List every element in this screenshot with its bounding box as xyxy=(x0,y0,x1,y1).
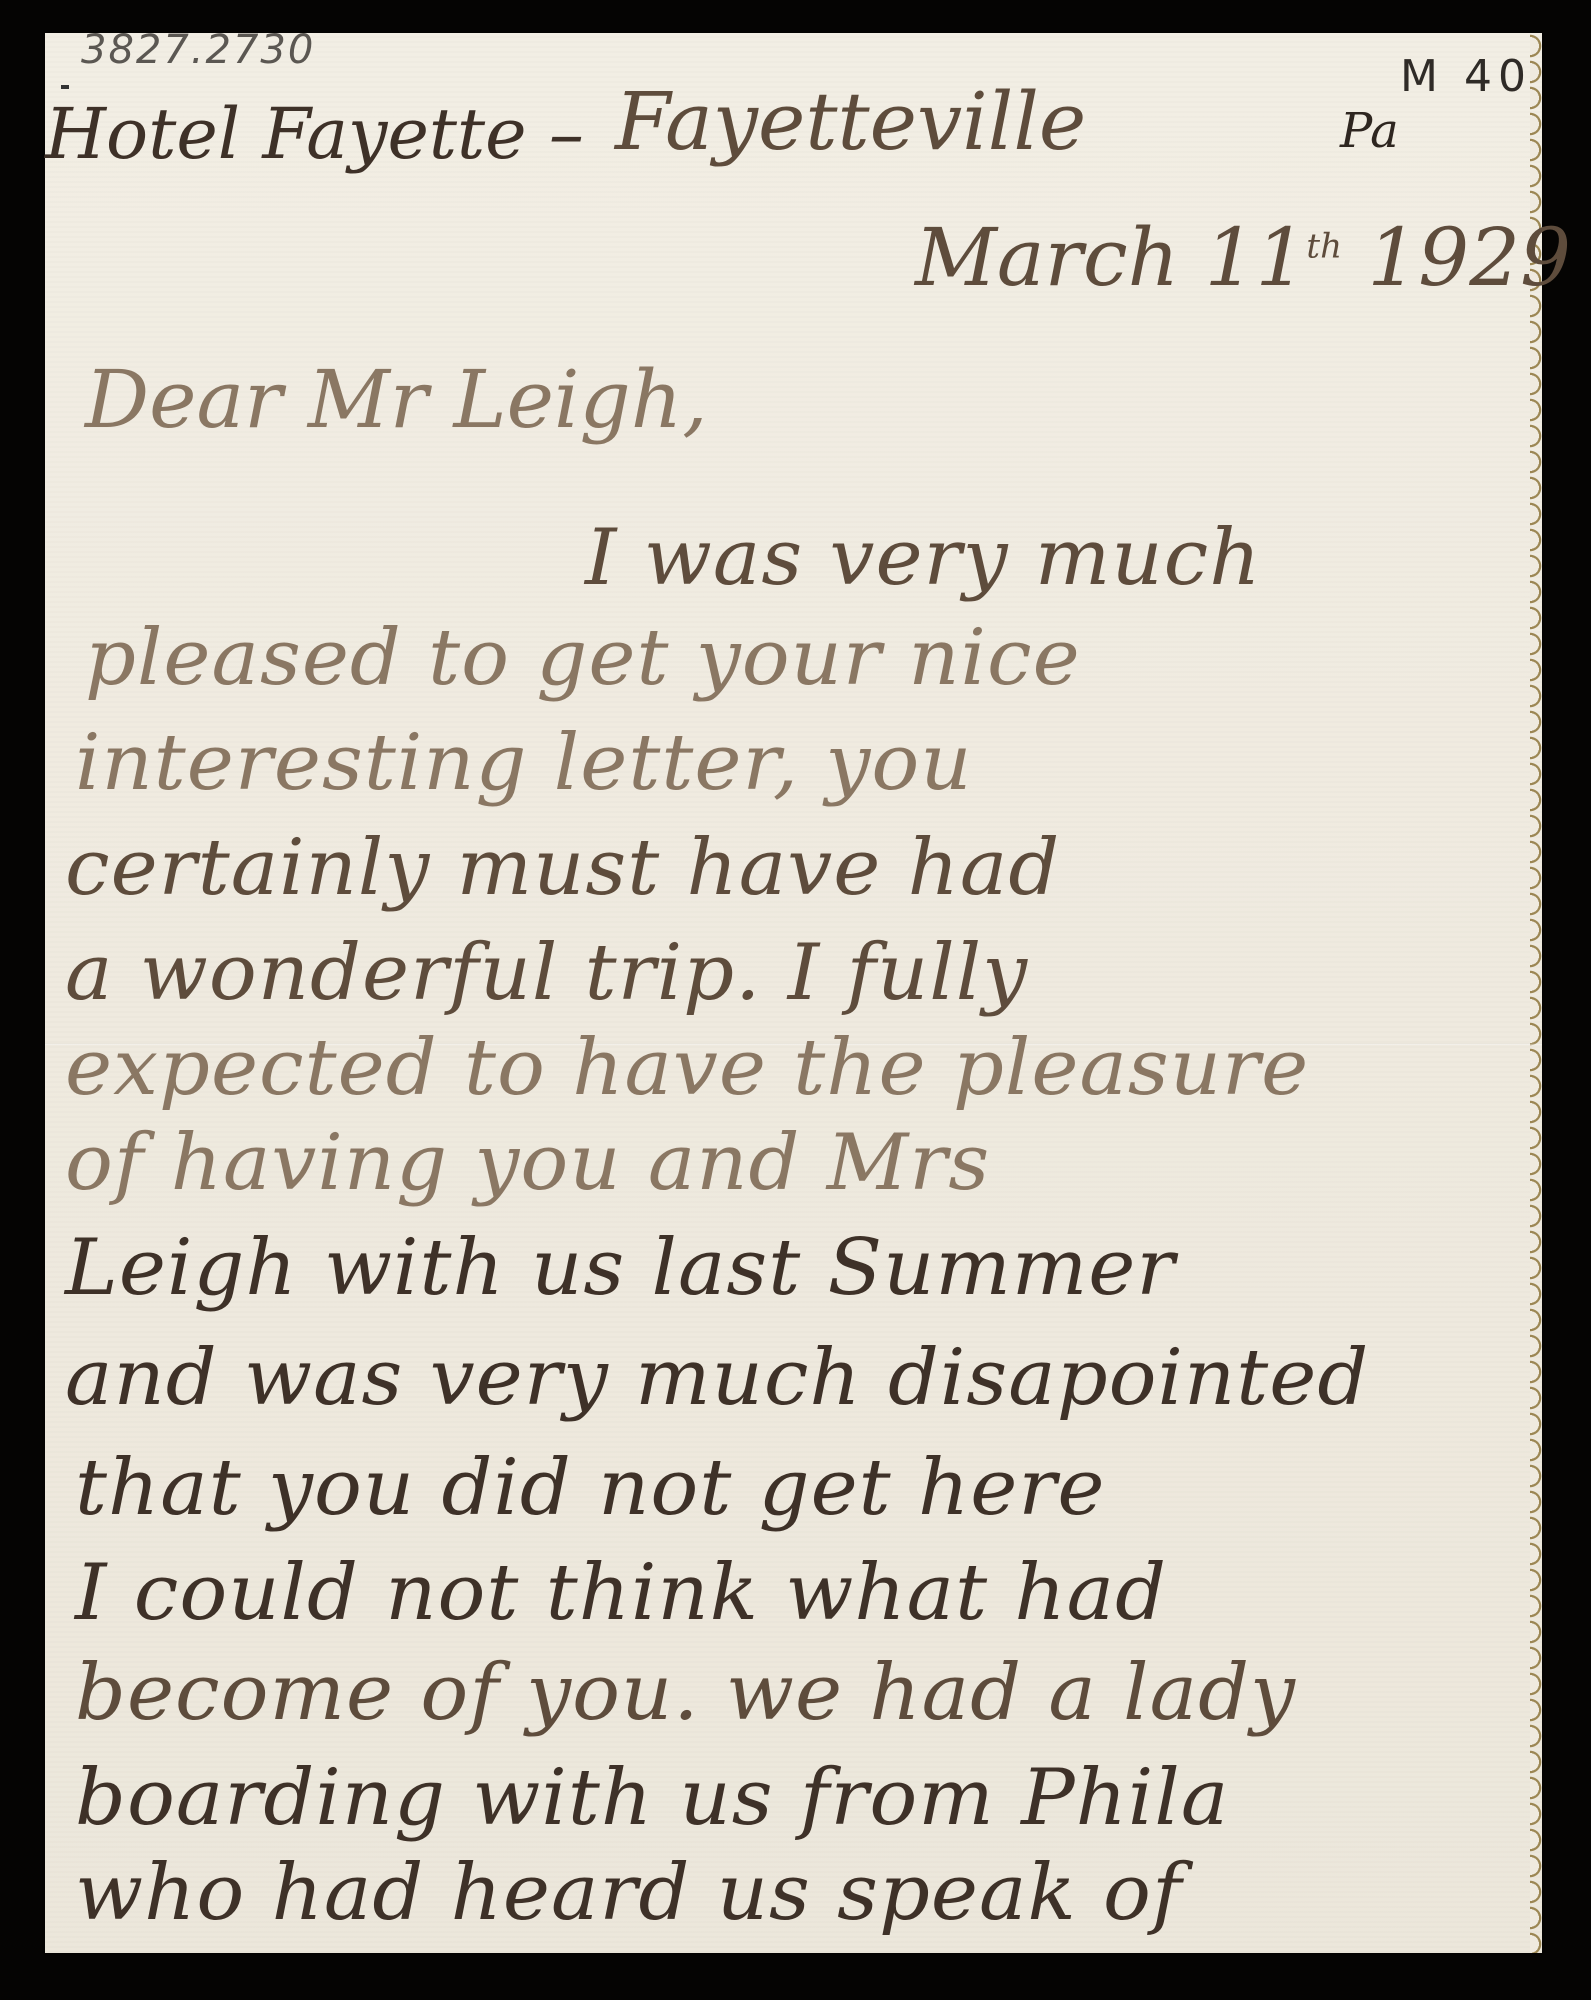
date-month-day: March 11 xyxy=(915,211,1306,304)
body-line: a wonderful trip. I fully xyxy=(65,928,1028,1018)
letterhead-separator: – xyxy=(549,93,584,175)
letterhead-place: Hotel Fayette – xyxy=(45,93,584,175)
body-line: boarding with us from Phila xyxy=(75,1753,1229,1843)
body-line: Leigh with us last Summer xyxy=(65,1223,1175,1313)
body-line: and was very much disapointed xyxy=(65,1333,1369,1423)
archive-number: 3827.2730 xyxy=(81,27,315,73)
pencil-dash-mark xyxy=(61,85,69,89)
salutation: Dear Mr Leigh, xyxy=(85,353,708,446)
body-line: expected to have the pleasure xyxy=(65,1023,1309,1113)
date-ordinal: th xyxy=(1306,226,1342,266)
body-line: I could not think what had xyxy=(75,1548,1167,1638)
body-line: I was very much xyxy=(585,513,1261,603)
hotel-name: Hotel Fayette xyxy=(45,93,527,175)
letterhead-city: Fayetteville xyxy=(615,75,1086,168)
letterhead-state: Pa xyxy=(1340,103,1399,159)
date-year: 1929 xyxy=(1367,211,1571,304)
body-line: pleased to get your nice xyxy=(85,613,1081,703)
gilt-deckled-edge xyxy=(1530,33,1554,1953)
body-line: become of you. we had a lady xyxy=(75,1648,1296,1738)
body-line: interesting letter, you xyxy=(75,718,973,808)
folio-mark: M 40 xyxy=(1400,51,1532,102)
body-line: of having you and Mrs xyxy=(65,1118,990,1208)
letter-page: 3827.2730 M 40 Hotel Fayette – Fayettevi… xyxy=(45,33,1542,1953)
body-line: certainly must have had xyxy=(65,823,1060,913)
letter-date: March 11th 1929 xyxy=(915,211,1571,304)
body-line: that you did not get here xyxy=(75,1443,1106,1533)
body-line: who had heard us speak of xyxy=(75,1848,1182,1938)
